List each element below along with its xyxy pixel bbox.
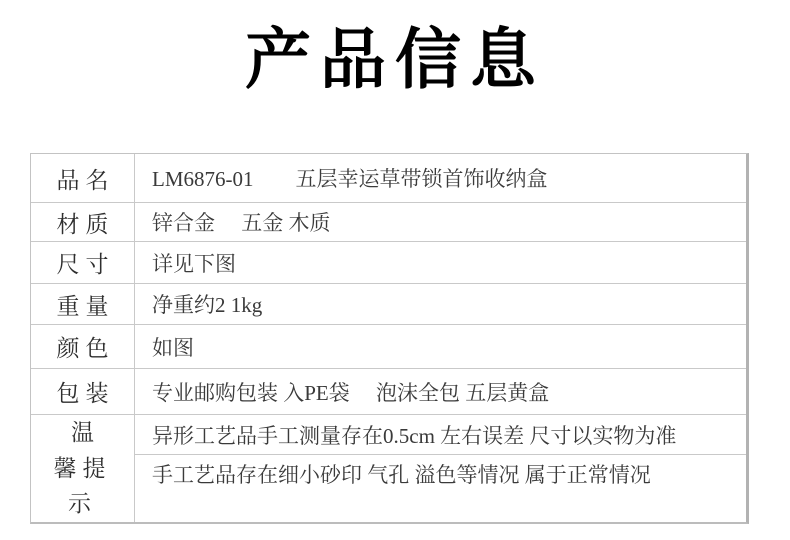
page-title: 产品信息 [0,6,790,101]
table-row-packaging: 包装 专业邮购包装 入PE袋 泡沫全包 五层黄盒 [31,368,746,414]
row-value: 净重约2 1kg [135,284,746,324]
table-row-material: 材质 锌合金 五金 木质 [31,202,746,241]
table-row-color: 颜色 如图 [31,324,746,368]
row-label: 材质 [31,203,135,241]
row-label: 品名 [31,154,135,202]
row-value: 锌合金 五金 木质 [135,203,746,241]
table-row-weight: 重量 净重约2 1kg [31,283,746,324]
tips-label-text: 温馨提示 [53,415,113,522]
row-value: 如图 [135,325,746,368]
tips-values: 异形工艺品手工测量存在0.5cm 左右误差 尺寸以实物为准 手工艺品存在细小砂印… [135,415,746,522]
row-label: 颜色 [31,325,135,368]
row-label: 重量 [31,284,135,324]
row-label: 尺寸 [31,242,135,283]
table-row-product-name: 品名 LM6876-01 五层幸运草带锁首饰收纳盒 [31,154,746,202]
product-info-table: 品名 LM6876-01 五层幸运草带锁首饰收纳盒 材质 锌合金 五金 木质 尺… [30,153,749,524]
row-value: LM6876-01 五层幸运草带锁首饰收纳盒 [135,154,746,202]
row-value: 专业邮购包装 入PE袋 泡沫全包 五层黄盒 [135,369,746,414]
row-value: 详见下图 [135,242,746,283]
table-row-size: 尺寸 详见下图 [31,241,746,283]
tips-line-handmade: 手工艺品存在细小砂印 气孔 溢色等情况 属于正常情况 [135,454,746,493]
tips-line-measurement: 异形工艺品手工测量存在0.5cm 左右误差 尺寸以实物为准 [135,415,746,454]
product-info-page: 产品信息 品名 LM6876-01 五层幸运草带锁首饰收纳盒 材质 锌合金 五金… [0,0,790,540]
row-label: 包装 [31,369,135,414]
row-label: 温馨提示 [31,415,135,522]
table-row-tips: 温馨提示 异形工艺品手工测量存在0.5cm 左右误差 尺寸以实物为准 手工艺品存… [31,414,746,522]
